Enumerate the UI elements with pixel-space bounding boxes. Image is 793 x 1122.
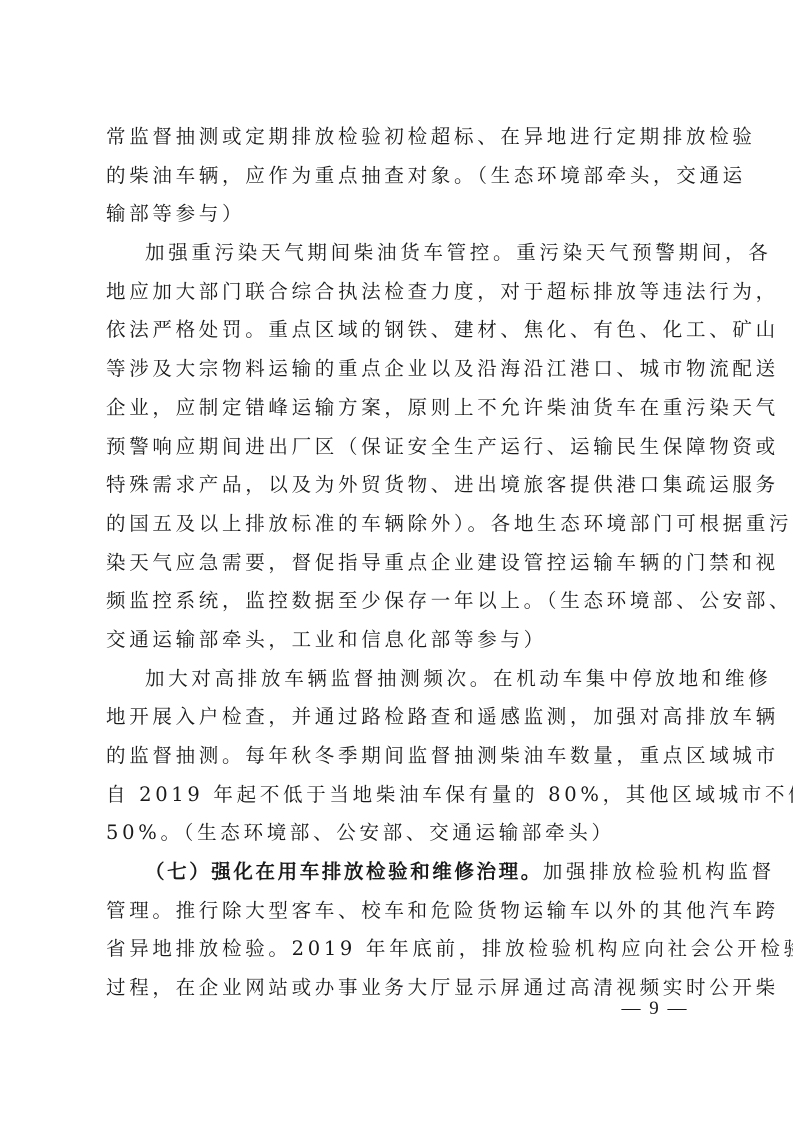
section-heading: （七）强化在用车排放检验和维修治理。 — [145, 860, 543, 883]
text-line: 交通运输部牵头，工业和信息化部等参与） — [106, 621, 692, 660]
body-text: 常监督抽测或定期排放检验初检超标、在异地进行定期排放检验 的柴油车辆，应作为重点… — [106, 118, 692, 1008]
text-line: 预警响应期间进出厂区（保证安全生产运行、运输民生保障物资或 — [106, 428, 692, 467]
text-line: 自 2019 年起不低于当地柴油车保有量的 80%，其他区域城市不低于 — [106, 776, 692, 815]
text-line: 特殊需求产品，以及为外贸货物、进出境旅客提供港口集疏运服务 — [106, 466, 692, 505]
section-heading-continuation: 加强排放检验机构监督 — [543, 860, 775, 883]
text-line: 地应加大部门联合综合执法检查力度，对于超标排放等违法行为， — [106, 273, 692, 312]
text-line: 输部等参与） — [106, 195, 692, 234]
text-line: 管理。推行除大型客车、校车和危险货物运输车以外的其他汽车跨 — [106, 892, 692, 931]
text-line: 频监控系统，监控数据至少保存一年以上。（生态环境部、公安部、 — [106, 582, 692, 621]
text-line: 常监督抽测或定期排放检验初检超标、在异地进行定期排放检验 — [106, 118, 692, 157]
document-page: 常监督抽测或定期排放检验初检超标、在异地进行定期排放检验 的柴油车辆，应作为重点… — [0, 0, 793, 1122]
section-heading-line: （七）强化在用车排放检验和维修治理。加强排放检验机构监督 — [106, 853, 692, 892]
text-line: 企业，应制定错峰运输方案，原则上不允许柴油货车在重污染天气 — [106, 389, 692, 428]
text-line: 的柴油车辆，应作为重点抽查对象。（生态环境部牵头，交通运 — [106, 157, 692, 196]
text-line: 的监督抽测。每年秋冬季期间监督抽测柴油车数量，重点区域城市 — [106, 737, 692, 776]
paragraph-start-line: 加大对高排放车辆监督抽测频次。在机动车集中停放地和维修 — [106, 660, 692, 699]
paragraph-start-line: 加强重污染天气期间柴油货车管控。重污染天气预警期间，各 — [106, 234, 692, 273]
page-number: — 9 — — [605, 998, 705, 1020]
text-line: 依法严格处罚。重点区域的钢铁、建材、焦化、有色、化工、矿山 — [106, 311, 692, 350]
text-line: 等涉及大宗物料运输的重点企业以及沿海沿江港口、城市物流配送 — [106, 350, 692, 389]
text-line: 的国五及以上排放标准的车辆除外）。各地生态环境部门可根据重污 — [106, 505, 692, 544]
text-line: 地开展入户检查，并通过路检路查和遥感监测，加强对高排放车辆 — [106, 698, 692, 737]
text-line: 50%。（生态环境部、公安部、交通运输部牵头） — [106, 814, 692, 853]
text-line: 省异地排放检验。2019 年年底前，排放检验机构应向社会公开检验 — [106, 930, 692, 969]
text-line: 染天气应急需要，督促指导重点企业建设管控运输车辆的门禁和视 — [106, 544, 692, 583]
